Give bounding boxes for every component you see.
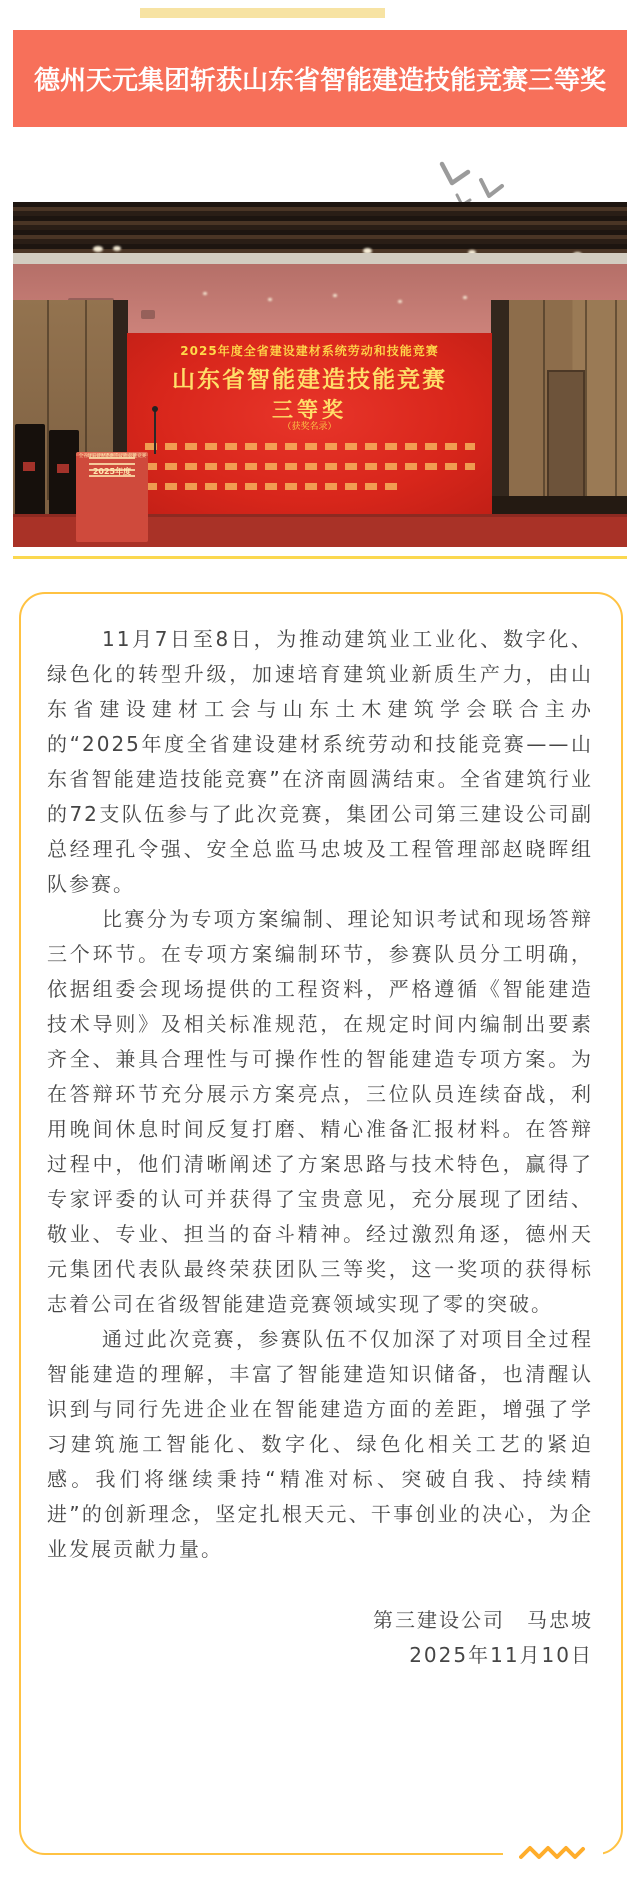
- article-body-box: 11月7日至8日，为推动建筑业工业化、数字化、绿色化的转型升级，加速培育建筑业新…: [19, 592, 623, 1855]
- screen-line1: 2025年度全省建设建材系统劳动和技能竞赛: [127, 342, 492, 359]
- article-title: 德州天元集团斩获山东省智能建造技能竞赛三等奖: [34, 60, 606, 97]
- paragraph-1: 11月7日至8日，为推动建筑业工业化、数字化、绿色化的转型升级，加速培育建筑业新…: [47, 622, 593, 902]
- photo-led-screen: 2025年度全省建设建材系统劳动和技能竞赛 山东省智能建造技能竞赛 三等奖 （获…: [127, 333, 492, 516]
- zigzag-decoration-icon: [519, 1844, 589, 1864]
- photo-podium: 2025年度 全省建设建材系统劳动和技能竞赛 山东省智能建造技能竞赛: [76, 452, 148, 542]
- event-photo[interactable]: 2025年度全省建设建材系统劳动和技能竞赛 山东省智能建造技能竞赛 三等奖 （获…: [13, 202, 627, 547]
- signature-block: 第三建设公司 马忠坡 2025年11月10日: [47, 1603, 593, 1673]
- photo-ceiling: [13, 202, 627, 255]
- photo-wall-panel: [547, 370, 585, 498]
- yellow-divider: [13, 556, 627, 559]
- microphone-icon: [154, 410, 156, 454]
- decorative-tick-arrows-icon: [428, 156, 518, 208]
- signature-author: 第三建设公司 马忠坡: [47, 1603, 593, 1638]
- paragraph-3: 通过此次竞赛，参赛队伍不仅加深了对项目全过程智能建造的理解，丰富了智能建造知识储…: [47, 1322, 593, 1567]
- article-title-banner: 德州天元集团斩获山东省智能建造技能竞赛三等奖: [13, 30, 627, 127]
- signature-date: 2025年11月10日: [47, 1638, 593, 1673]
- podium-text-block: [89, 457, 135, 479]
- screen-line2: 山东省智能建造技能竞赛: [127, 361, 492, 394]
- paragraph-2: 比赛分为专项方案编制、理论知识考试和现场答辩三个环节。在专项方案编制环节，参赛队…: [47, 902, 593, 1322]
- screen-line4: （获奖名录）: [127, 419, 492, 432]
- top-accent-bar: [140, 8, 385, 18]
